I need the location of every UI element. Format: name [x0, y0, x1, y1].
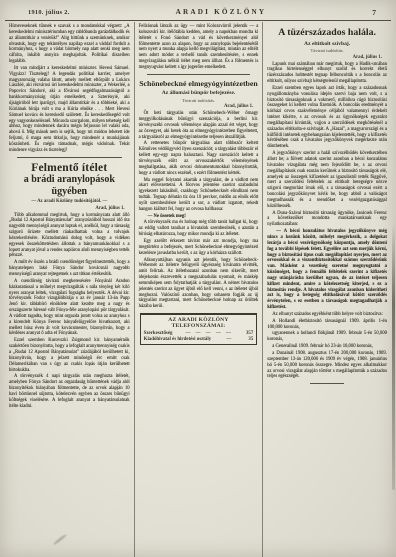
page-number: 7: [372, 8, 376, 17]
dash-leader: — — — — —: [172, 331, 246, 336]
headline-line2: a brádi aranylopások ügyében: [9, 174, 130, 197]
column-left: Hírneveseknek tűnnek e szavak s a mondat…: [5, 22, 134, 557]
phone-label: Kiadóhivatal és hirdetési osztály: [144, 337, 212, 342]
quote-paragraph: — A bécsi konzulátus hivatalos jegyzőkön…: [267, 229, 387, 311]
phone-label: Szerkesztőség: [144, 331, 173, 336]
article-body: Öt heti tárgyalás után Schönebeck-Wéber …: [139, 111, 259, 310]
insurance-item: a Generalinál 1909. február hó 23-án 10,…: [267, 344, 387, 350]
paragraph: Hírneveseknek tűnnek e szavak s a mondat…: [9, 24, 130, 65]
headline-line1: Felmentő ítélet: [9, 162, 130, 175]
phonebox-title: AZ ARADI KÖZLÖNY TELEFONSZÁMAI:: [144, 317, 254, 329]
article-headline-schonebeck: Schönebeckné elmegyógyintézetben: [139, 79, 259, 88]
paragraph: Egy azelőtt érkezett távirat már azt mon…: [139, 239, 259, 257]
paragraph: Itt van mindjárt a kereskedelmi miniszte…: [9, 66, 130, 154]
paragraph: Több alkalommal megírtuk, hogy a kormány…: [9, 213, 130, 260]
wire-note: Távirati tudósítás.: [267, 48, 387, 53]
telephone-numbers-box: AZ ARADI KÖZLÖNY TELEFONSZÁMAI: Szerkesz…: [140, 313, 258, 345]
article-body: Több alkalommal megírtuk, hogy a kormány…: [9, 213, 130, 410]
phone-number: 357: [246, 331, 253, 336]
article-divider: [17, 157, 122, 158]
paragraph: Az elhunyt százados egyébként több helyr…: [267, 312, 387, 318]
paragraph: Ezzel szemben Kurovszki Zsigmond kir. bá…: [9, 338, 130, 373]
article-subhead: Az állomási bünpör befejezése.: [139, 90, 259, 96]
phonebox-row-publisher: Kiadóhivatal és hirdetési osztály — 35: [144, 337, 254, 342]
paragraph: Ezzel szemben egyes lapok azt írták, hog…: [267, 86, 387, 150]
paragraph: Ma reggel folytatni akarták a tárgyalást…: [139, 178, 259, 213]
paragraph: A múlt év őszén a brádi csendőrséget fig…: [9, 260, 130, 278]
article-divider: [147, 74, 251, 75]
paragraph: Alkonyattájban ugyanis azt jelentik, hog…: [139, 258, 259, 311]
paragraph: Öt heti tárgyalás után Schönebeck-Wéber …: [139, 111, 259, 140]
paragraph: A jegyzőkönyv szerint a halál szívszélhű…: [267, 151, 387, 209]
column-right: A tüzérszázados halála. Az eltitkolt szí…: [262, 22, 391, 557]
paragraph: A törvényszék 4 napi tárgyalás után megh…: [9, 374, 130, 409]
article-end-rule: [310, 383, 344, 384]
article-dateline: Arad, július 1.: [139, 104, 259, 109]
headline: A tüzérszázados halála.: [267, 27, 387, 38]
paragraph: Lapunk mai számában már megírtuk, hogy a…: [267, 62, 387, 85]
article-headline-acquittal: Felmentő ítélet a brádi aranylopások ügy…: [9, 162, 130, 198]
article-headline-captain: A tüzérszázados halála.: [267, 27, 387, 38]
column-middle: Felírásnak látszik az ügy — mint Kolozsv…: [134, 22, 263, 557]
insurance-item: a Dunainál 1908. augusztus 17-én 200,000…: [267, 351, 387, 380]
page-header: 1910. július 2. ARADI KÖZLÖNY 7: [0, 5, 396, 19]
article-body: Lapunk mai számában már megírtuk, hogy a…: [267, 62, 387, 381]
masthead-title: ARADI KÖZLÖNY: [70, 8, 373, 16]
dash-leader: —: [211, 337, 248, 342]
paragraph: A törvényszék ma és holnap még több tanú…: [139, 220, 259, 238]
article-dateline: Arad, július 1.: [9, 206, 130, 211]
insurance-item: A Hollandi életbiztosító társaságnál 190…: [267, 319, 387, 331]
paragraph: A rettenetes bűnpör tárgyalása alatt töb…: [139, 141, 259, 176]
quote-line: — Ne üssetek meg!: [139, 214, 259, 220]
phone-number: 35: [248, 337, 253, 342]
continued-article-text: Felírásnak látszik az ügy — mint Kolozsv…: [139, 24, 259, 71]
header-rule: [5, 20, 391, 21]
continued-article-text: Hírneveseknek tűnnek e szavak s a mondat…: [9, 24, 130, 154]
headline: Schönebeckné elmegyógyintézetben: [139, 79, 259, 88]
paragraph: A Duna-Szávai biztosító társaság ügynöke…: [267, 211, 387, 229]
article-byline: — Az aradi Közlöny tudósítójától. —: [9, 199, 130, 204]
page-date: 1910. július 2.: [28, 9, 70, 16]
insurance-item: ugyanennek a hollandi fiókjánál 1909. fe…: [267, 331, 387, 343]
phonebox-row-editorial: Szerkesztőség — — — — — 357: [144, 331, 254, 336]
scan-edge-shadow: [392, 223, 395, 490]
paragraph: A csendőrség távirati megkeresésére Fóny…: [9, 279, 130, 337]
columns: Hírneveseknek tűnnek e szavak s a mondat…: [5, 22, 391, 557]
newspaper-page: 1910. július 2. ARADI KÖZLÖNY 7 Hírneves…: [0, 0, 396, 557]
paragraph: Felírásnak látszik az ügy — mint Kolozsv…: [139, 24, 259, 71]
wire-note: Távirati tudósítás.: [139, 98, 259, 103]
article-subhead: Az eltitkolt szívbaj.: [267, 41, 387, 47]
article-dateline: Arad, július 1.: [267, 55, 387, 60]
